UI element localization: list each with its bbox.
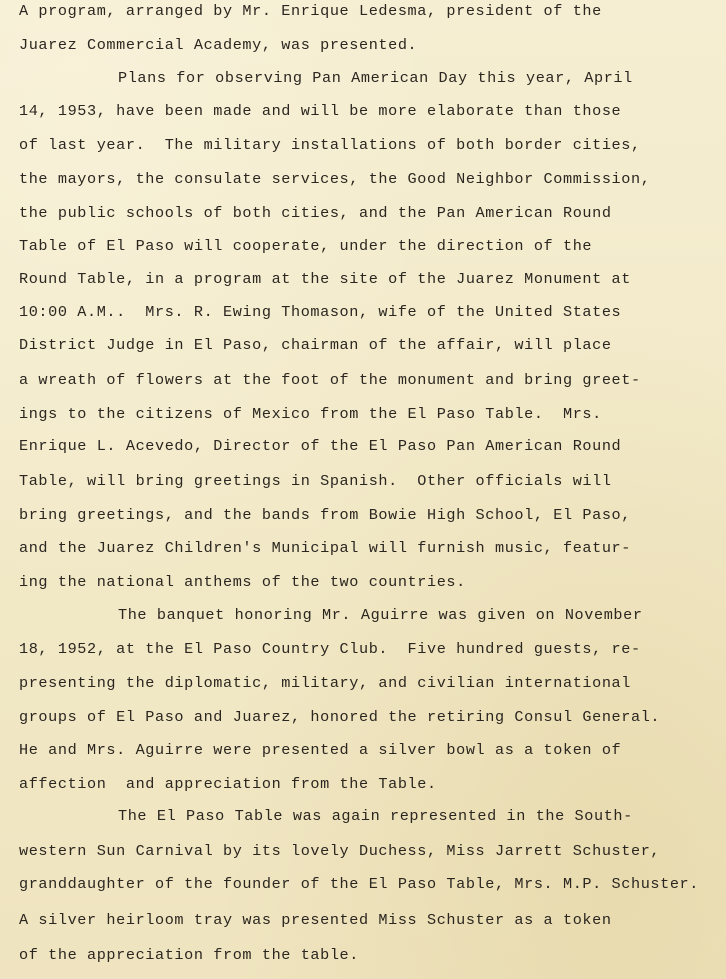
text-line: presenting the diplomatic, military, and…	[19, 674, 631, 692]
text-line: bring greetings, and the bands from Bowi…	[19, 506, 631, 524]
text-line: The banquet honoring Mr. Aguirre was giv…	[118, 606, 643, 624]
text-line: Table of El Paso will cooperate, under t…	[19, 237, 592, 255]
text-line: The El Paso Table was again represented …	[118, 807, 633, 825]
text-line: Round Table, in a program at the site of…	[19, 270, 631, 288]
text-line: District Judge in El Paso, chairman of t…	[19, 336, 612, 354]
text-line: of the appreciation from the table.	[19, 946, 359, 964]
text-line: 14, 1953, have been made and will be mor…	[19, 102, 621, 120]
text-line: and the Juarez Children's Municipal will…	[19, 539, 631, 557]
text-line: the mayors, the consulate services, the …	[19, 170, 650, 188]
text-line: groups of El Paso and Juarez, honored th…	[19, 708, 660, 726]
text-line: a wreath of flowers at the foot of the m…	[19, 371, 641, 389]
text-line: Plans for observing Pan American Day thi…	[118, 69, 633, 87]
text-line: 18, 1952, at the El Paso Country Club. F…	[19, 640, 641, 658]
text-line: A program, arranged by Mr. Enrique Ledes…	[19, 2, 602, 20]
text-line: He and Mrs. Aguirre were presented a sil…	[19, 741, 621, 759]
text-line: Table, will bring greetings in Spanish. …	[19, 472, 612, 490]
typewritten-page: A program, arranged by Mr. Enrique Ledes…	[0, 0, 726, 979]
text-line: A silver heirloom tray was presented Mis…	[19, 911, 612, 929]
text-line: the public schools of both cities, and t…	[19, 204, 612, 222]
text-line: granddaughter of the founder of the El P…	[19, 875, 699, 893]
text-line: western Sun Carnival by its lovely Duche…	[19, 842, 660, 860]
text-line: Juarez Commercial Academy, was presented…	[19, 36, 417, 54]
text-line: affection and appreciation from the Tabl…	[19, 775, 437, 793]
text-line: of last year. The military installations…	[19, 136, 641, 154]
text-line: Enrique L. Acevedo, Director of the El P…	[19, 437, 621, 455]
text-line: 10:00 A.M.. Mrs. R. Ewing Thomason, wife…	[19, 303, 621, 321]
text-line: ings to the citizens of Mexico from the …	[19, 405, 602, 423]
text-line: ing the national anthems of the two coun…	[19, 573, 466, 591]
